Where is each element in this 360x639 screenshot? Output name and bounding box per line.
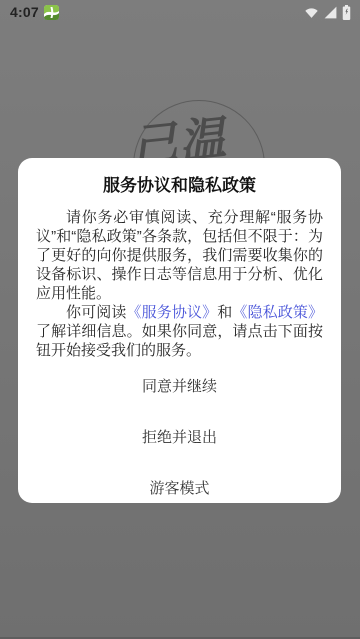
status-bar-right — [304, 5, 351, 20]
paragraph-2-mid: 和 — [217, 304, 232, 321]
wifi-icon — [304, 6, 319, 19]
paragraph-2-pre: 你可阅读 — [66, 304, 127, 321]
privacy-policy-link[interactable]: 《隐私政策》 — [232, 304, 323, 321]
service-agreement-link[interactable]: 《服务协议》 — [127, 304, 218, 321]
paragraph-2-post: 了解详细信息。如果你同意，请点击下面按钮开始接受我们的服务。 — [36, 323, 323, 359]
status-bar: 4:07 — [0, 0, 360, 24]
dialog-paragraph-1: 请你务必审慎阅读、充分理解“服务协议”和“隐私政策”各条款，包括但不限于：为了更… — [36, 208, 323, 303]
paragraph-1-text: 请你务必审慎阅读、充分理解“服务协议”和“隐私政策”各条款，包括但不限于：为了更… — [36, 209, 323, 302]
status-bar-left: 4:07 — [10, 4, 59, 20]
app-icon — [44, 5, 59, 20]
agree-and-continue-button[interactable]: 同意并继续 — [142, 378, 217, 396]
dialog-buttons: 同意并继续 拒绝并退出 游客模式 — [36, 378, 323, 498]
refuse-and-exit-button[interactable]: 拒绝并退出 — [142, 429, 217, 447]
status-time: 4:07 — [10, 4, 39, 20]
dialog-paragraph-2: 你可阅读《服务协议》和《隐私政策》了解详细信息。如果你同意，请点击下面按钮开始接… — [36, 303, 323, 360]
dialog-body: 请你务必审慎阅读、充分理解“服务协议”和“隐私政策”各条款，包括但不限于：为了更… — [36, 208, 323, 360]
guest-mode-button[interactable]: 游客模式 — [149, 480, 209, 498]
signal-icon — [323, 6, 338, 19]
dialog-title: 服务协议和隐私政策 — [36, 176, 323, 196]
phone-screen: 4:07 — [0, 0, 360, 639]
privacy-policy-dialog: 服务协议和隐私政策 请你务必审慎阅读、充分理解“服务协议”和“隐私政策”各条款，… — [18, 158, 341, 503]
battery-icon — [342, 5, 351, 20]
